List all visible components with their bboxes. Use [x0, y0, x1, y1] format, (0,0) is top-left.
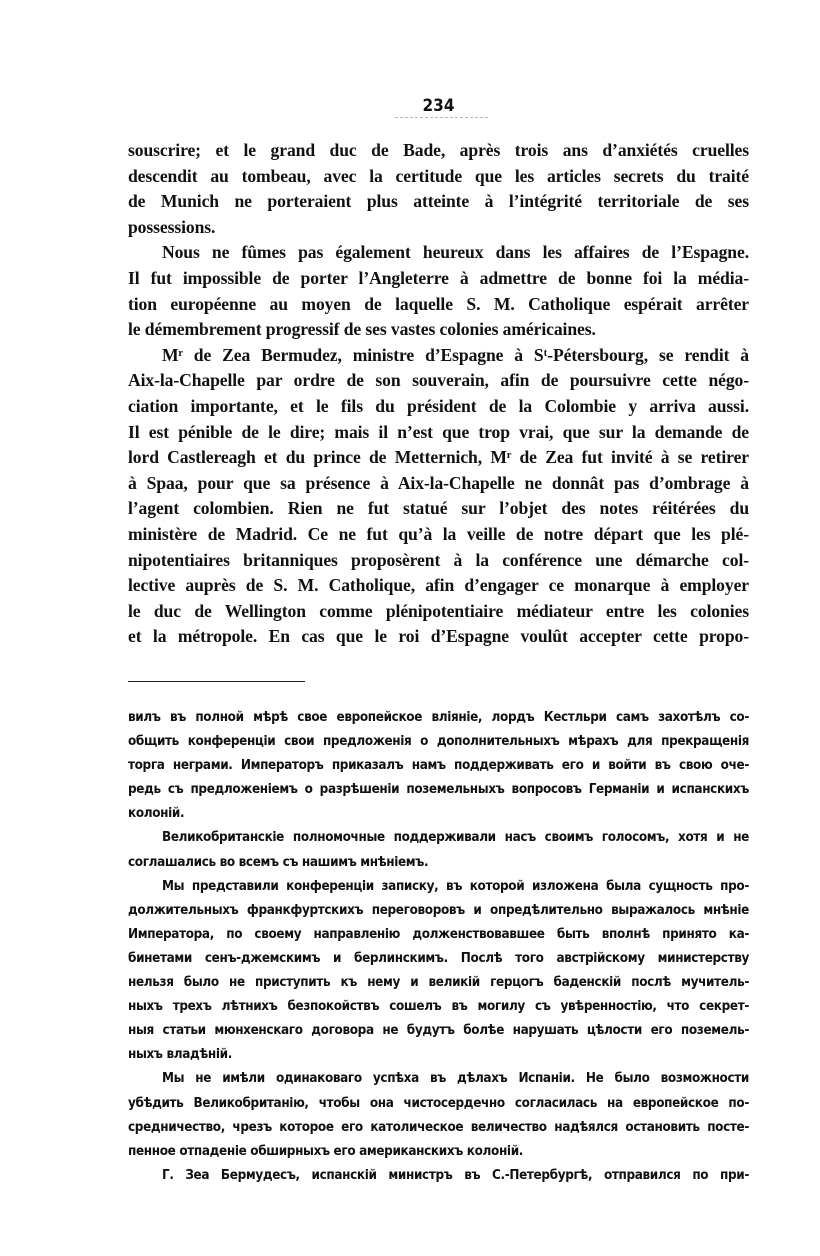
main-text-line: Mʳ de Zea Bermudez, ministre d’Espagne à…	[128, 343, 749, 369]
footnote-separator	[128, 681, 305, 682]
footnotes-body: вилъ въ полной мѣрѣ свое европейское влі…	[128, 706, 749, 1188]
main-text-line: tion européenne au moyen de laquelle S. …	[128, 292, 749, 318]
footnote-line: Мы не имѣли одинаковаго успѣха въ дѣлахъ…	[128, 1067, 749, 1091]
main-text-paragraph: Nous ne fûmes pas également heureux dans…	[128, 240, 749, 342]
main-text-line: lective auprès de S. M. Catholique, afin…	[128, 573, 749, 599]
main-text-paragraph: Mʳ de Zea Bermudez, ministre d’Espagne à…	[128, 343, 749, 650]
footnote-line: редь съ предложеніемъ о разрѣшеніи позем…	[128, 778, 749, 802]
main-text-line: Nous ne fûmes pas également heureux dans…	[128, 240, 749, 266]
page-number: 234	[0, 96, 820, 116]
main-text-line: ministère de Madrid. Ce ne fut qu’à la v…	[128, 522, 749, 548]
main-text-line: Aix-la-Chapelle par ordre de son souvera…	[128, 368, 749, 394]
footnote-paragraph: вилъ въ полной мѣрѣ свое европейское влі…	[128, 706, 749, 826]
footnote-line: общить конференціи свои предложенія о до…	[128, 730, 749, 754]
footnote-line: ныхъ владѣній.	[128, 1043, 749, 1067]
page-number-rule	[395, 117, 488, 118]
footnote-line: Императора, по своему направленію должен…	[128, 923, 749, 947]
main-text-line: souscrire; et le grand duc de Bade, aprè…	[128, 138, 749, 164]
footnote-line: вилъ въ полной мѣрѣ свое европейское влі…	[128, 706, 749, 730]
footnote-paragraph: Г. Зеа Бермудесъ, испанскій министръ въ …	[128, 1164, 749, 1188]
main-text-line: Il est pénible de le dire; mais il n’est…	[128, 420, 749, 446]
main-text-line: Il fut impossible de porter l’Angleterre…	[128, 266, 749, 292]
main-text-line: lord Castlereagh et du prince de Mettern…	[128, 445, 749, 471]
footnote-line: бинетами сенъ-джемскимъ и берлинскимъ. П…	[128, 947, 749, 971]
footnote-paragraph: Мы представили конференціи записку, въ к…	[128, 875, 749, 1068]
main-text-line: le démembrement progressif de ses vastes…	[128, 317, 749, 343]
main-text-body: souscrire; et le grand duc de Bade, aprè…	[128, 138, 749, 650]
footnote-line: ныя статьи мюнхенскаго договора не будут…	[128, 1019, 749, 1043]
main-text-line: de Munich ne porteraient plus atteinte à…	[128, 189, 749, 215]
main-text-line: et la métropole. En cas que le roi d’Esp…	[128, 624, 749, 650]
footnote-line: Мы представили конференціи записку, въ к…	[128, 875, 749, 899]
main-text-line: à Spaa, pour que sa présence à Aix-la-Ch…	[128, 471, 749, 497]
main-text-line: possessions.	[128, 215, 749, 241]
footnote-paragraph: Великобританскіе полномочные поддерживал…	[128, 826, 749, 874]
footnote-line: должительныхъ франкфуртскихъ переговоров…	[128, 899, 749, 923]
footnote-paragraph: Мы не имѣли одинаковаго успѣха въ дѣлахъ…	[128, 1067, 749, 1163]
footnote-line: ныхъ трехъ лѣтнихъ безпокойствъ сошелъ в…	[128, 995, 749, 1019]
footnote-line: Великобританскіе полномочные поддерживал…	[128, 826, 749, 850]
footnote-line: Г. Зеа Бермудесъ, испанскій министръ въ …	[128, 1164, 749, 1188]
main-text-line: l’agent colombien. Rien ne fut statué su…	[128, 496, 749, 522]
footnote-line: соглашались во всемъ съ нашимъ мнѣніемъ.	[128, 851, 749, 875]
footnote-line: колоній.	[128, 802, 749, 826]
footnote-line: нельзя было не приступить къ нему и вели…	[128, 971, 749, 995]
main-text-line: le duc de Wellington comme plénipotentia…	[128, 599, 749, 625]
footnote-line: пенное отпаденіе обширныхъ его американс…	[128, 1140, 749, 1164]
main-text-paragraph: souscrire; et le grand duc de Bade, aprè…	[128, 138, 749, 240]
main-text-line: ciation importante, et le fils du présid…	[128, 394, 749, 420]
main-text-line: descendit au tombeau, avec la certitude …	[128, 164, 749, 190]
main-text-line: nipotentiaires britanniques proposèrent …	[128, 548, 749, 574]
footnote-line: убѣдить Великобританію, чтобы она чистос…	[128, 1092, 749, 1116]
footnote-line: средничество, чрезъ которое его католиче…	[128, 1116, 749, 1140]
footnote-line: торга неграми. Императоръ приказалъ намъ…	[128, 754, 749, 778]
